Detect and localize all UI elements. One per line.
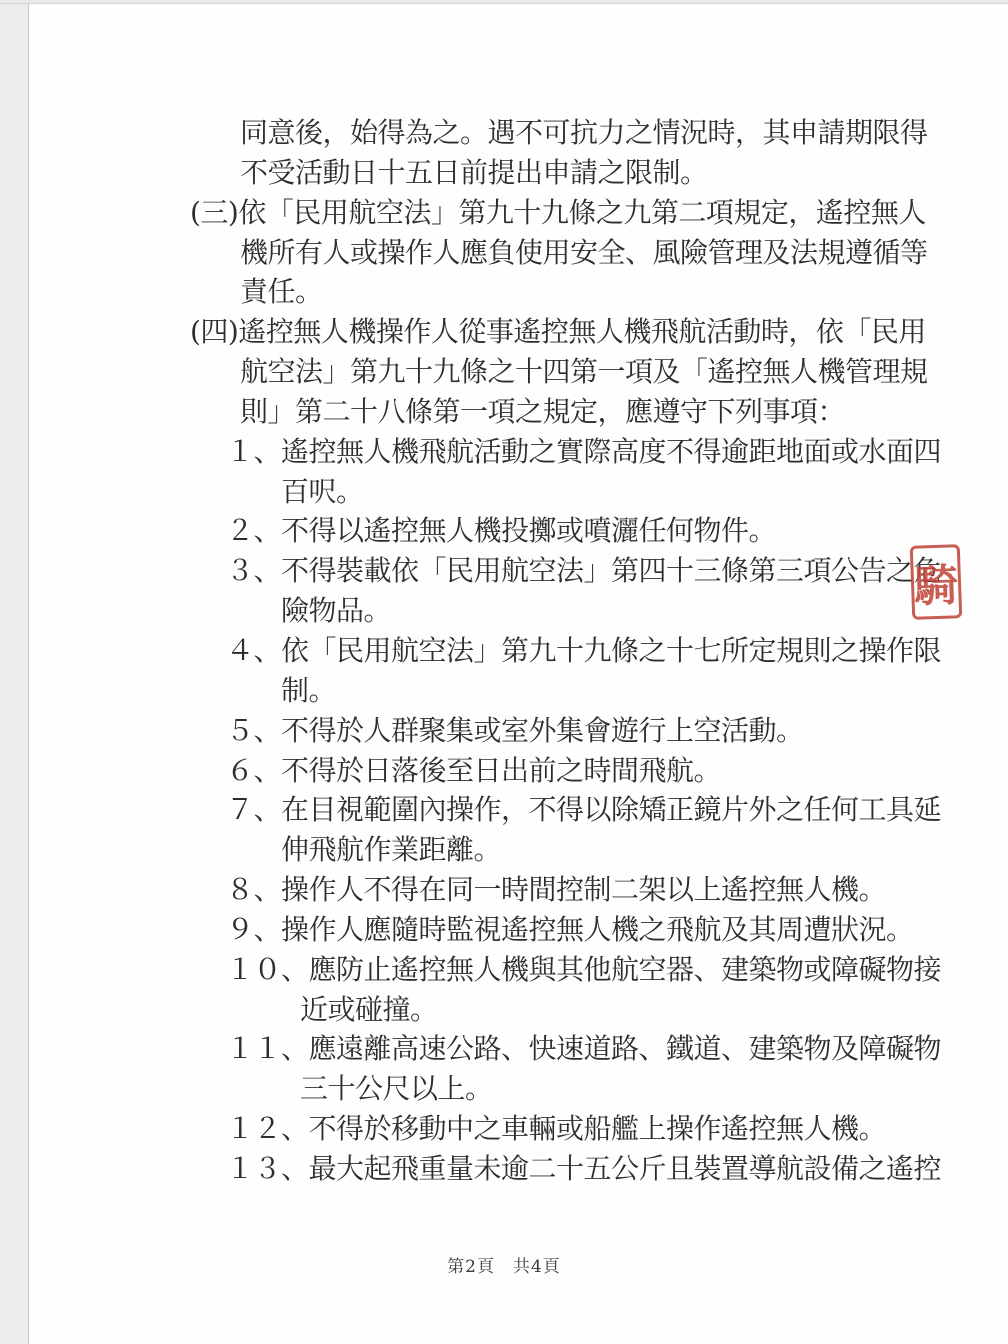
- text-line: １０、應防止遙控無人機與其他航空器、建築物或障礙物接: [226, 950, 1008, 990]
- text-line: 不受活動日十五日前提出申請之限制。: [240, 153, 1008, 193]
- text-line: ５、不得於人群聚集或室外集會遊行上空活動。: [226, 711, 1008, 751]
- text-line: 百呎。: [281, 472, 1008, 512]
- text-line: １、遙控無人機飛航活動之實際高度不得逾距地面或水面四: [226, 432, 1008, 472]
- text-line: 航空法」第九十九條之十四第一項及「遙控無人機管理規: [240, 352, 1008, 392]
- red-paging-seal-stamp: 騎: [910, 544, 963, 620]
- scanned-document-page: 同意後，始得為之。遇不可抗力之情況時，其申請期限得不受活動日十五日前提出申請之限…: [0, 0, 1008, 1344]
- text-line: ９、操作人應隨時監視遙控無人機之飛航及其周遭狀況。: [226, 910, 1008, 950]
- text-line: ４、依「民用航空法」第九十九條之十七所定規則之操作限: [226, 631, 1008, 671]
- document-body: 同意後，始得為之。遇不可抗力之情況時，其申請期限得不受活動日十五日前提出申請之限…: [0, 113, 1008, 1189]
- text-line: 責任。: [240, 272, 1008, 312]
- text-line: １１、應遠離高速公路、快速道路、鐵道、建築物及障礙物: [226, 1029, 1008, 1069]
- text-line: 險物品。: [281, 591, 1008, 631]
- stamp-character: 騎: [913, 549, 959, 614]
- scan-edge-top: [0, 0, 1008, 4]
- page-number-text: 第2頁 共4頁: [447, 1257, 561, 1277]
- text-line: ６、不得於日落後至日出前之時間飛航。: [226, 751, 1008, 791]
- text-line: ８、操作人不得在同一時間控制二架以上遙控無人機。: [226, 870, 1008, 910]
- text-line: 近或碰撞。: [300, 990, 1008, 1030]
- text-line: 機所有人或操作人應負使用安全、風險管理及法規遵循等: [240, 233, 1008, 273]
- text-line: 伸飛航作業距離。: [281, 830, 1008, 870]
- text-line: 三十公尺以上。: [300, 1069, 1008, 1109]
- text-line: ３、不得裝載依「民用航空法」第四十三條第三項公告之危: [226, 551, 1008, 591]
- text-line: 則」第二十八條第一項之規定，應遵守下列事項：: [240, 392, 1008, 432]
- page-number-footer: 第2頁 共4頁: [0, 1252, 1008, 1277]
- text-line: (四)遙控無人機操作人從事遙控無人機飛航活動時，依「民用: [190, 312, 1008, 352]
- text-line: １３、最大起飛重量未逾二十五公斤且裝置導航設備之遙控: [226, 1149, 1008, 1189]
- text-line: 制。: [281, 671, 1008, 711]
- text-line: ２、不得以遙控無人機投擲或噴灑任何物件。: [226, 511, 1008, 551]
- text-line: (三)依「民用航空法」第九十九條之九第二項規定，遙控無人: [190, 193, 1008, 233]
- text-line: ７、在目視範圍內操作，不得以除矯正鏡片外之任何工具延: [226, 790, 1008, 830]
- text-line: 同意後，始得為之。遇不可抗力之情況時，其申請期限得: [240, 113, 1008, 153]
- text-line: １２、不得於移動中之車輛或船艦上操作遙控無人機。: [226, 1109, 1008, 1149]
